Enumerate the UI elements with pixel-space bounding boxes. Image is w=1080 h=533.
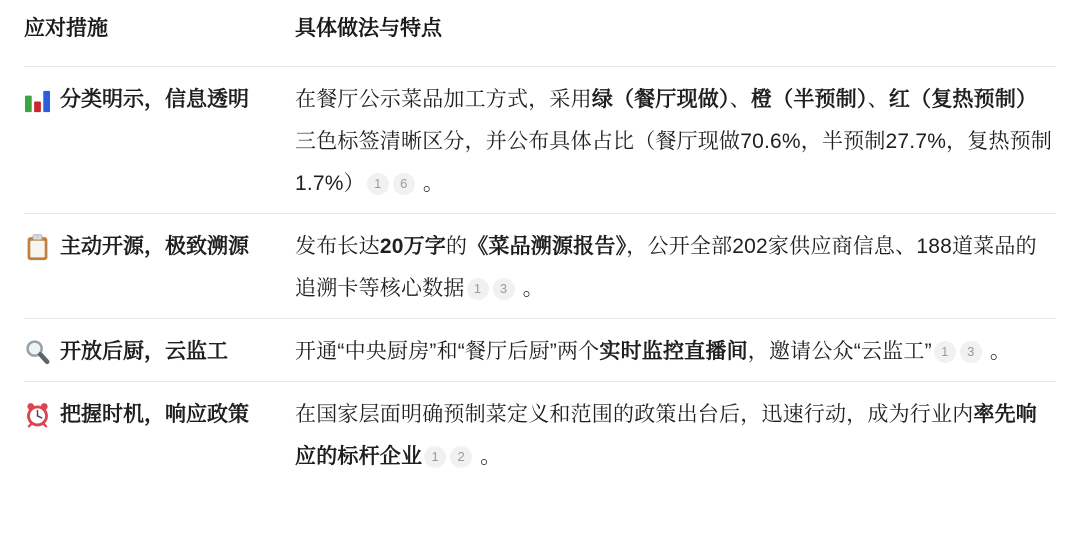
text-segment: 。 [990, 340, 1011, 363]
citation-badge[interactable]: 2 [450, 446, 472, 468]
citation-badge[interactable]: 1 [367, 173, 389, 195]
column-header-details: 具体做法与特点 [295, 14, 1056, 44]
text-segment: 。 [423, 172, 444, 195]
table-row: 主动开源，极致溯源 发布长达20万字的《菜品溯源报告》，公开全部202家供应商信… [24, 213, 1056, 318]
text-segment: 在国家层面明确预制菜定义和范围的政策出台后，迅速行动，成为行业内 [295, 403, 973, 426]
measures-table: 应对措施 具体做法与特点 分类明示，信息透明 在餐厅公示菜品加工方式，采用绿（餐… [0, 0, 1080, 486]
column-header-measures: 应对措施 [24, 14, 295, 44]
text-segment-bold: 红（复热预制） [889, 88, 1037, 111]
row-title: 主动开源，极致溯源 [60, 226, 249, 268]
text-segment: 、 [730, 88, 751, 111]
table-header-row: 应对措施 具体做法与特点 [24, 0, 1056, 66]
text-segment-bold: 《菜品溯源报告》 [467, 235, 626, 258]
row-content: 在餐厅公示菜品加工方式，采用绿（餐厅现做）、橙（半预制）、红（复热预制） 三色标… [295, 79, 1056, 205]
text-segment: 。 [480, 445, 501, 468]
row-title: 分类明示，信息透明 [60, 79, 249, 121]
bar-chart-icon [24, 87, 51, 114]
row-title: 开放后厨，云监工 [60, 331, 228, 373]
text-segment-bold: 绿（餐厅现做） [592, 88, 730, 111]
row-content: 在国家层面明确预制菜定义和范围的政策出台后，迅速行动，成为行业内率先响应的标杆企… [295, 394, 1056, 478]
clipboard-icon [24, 234, 51, 261]
text-segment-bold: 20万字 [380, 235, 446, 258]
table-row: 把握时机，响应政策 在国家层面明确预制菜定义和范围的政策出台后，迅速行动，成为行… [24, 381, 1056, 486]
citation-badge[interactable]: 1 [467, 278, 489, 300]
text-segment-bold: 实时监控直播间 [599, 340, 747, 363]
table-row: 分类明示，信息透明 在餐厅公示菜品加工方式，采用绿（餐厅现做）、橙（半预制）、红… [24, 66, 1056, 213]
alarm-clock-icon [24, 402, 51, 429]
magnifying-glass-icon [24, 339, 51, 366]
text-segment: 发布长达 [295, 235, 380, 258]
row-title: 把握时机，响应政策 [60, 394, 249, 436]
text-segment: 、 [868, 88, 889, 111]
text-segment-bold: 橙（半预制） [751, 88, 868, 111]
text-segment: ，邀请公众“云监工” [748, 340, 932, 363]
text-segment: 。 [523, 277, 544, 300]
text-segment: 的 [446, 235, 467, 258]
citation-badge[interactable]: 1 [934, 341, 956, 363]
text-segment: 开通“中央厨房”和“餐厅后厨”两个 [295, 340, 599, 363]
citation-badge[interactable]: 6 [393, 173, 415, 195]
table-row: 开放后厨，云监工 开通“中央厨房”和“餐厅后厨”两个实时监控直播间，邀请公众“云… [24, 318, 1056, 381]
row-content: 开通“中央厨房”和“餐厅后厨”两个实时监控直播间，邀请公众“云监工”13 。 [295, 331, 1056, 373]
text-segment: 在餐厅公示菜品加工方式，采用 [295, 88, 592, 111]
citation-badge[interactable]: 1 [424, 446, 446, 468]
citation-badge[interactable]: 3 [960, 341, 982, 363]
row-content: 发布长达20万字的《菜品溯源报告》，公开全部202家供应商信息、188道菜品的追… [295, 226, 1056, 310]
citation-badge[interactable]: 3 [493, 278, 515, 300]
